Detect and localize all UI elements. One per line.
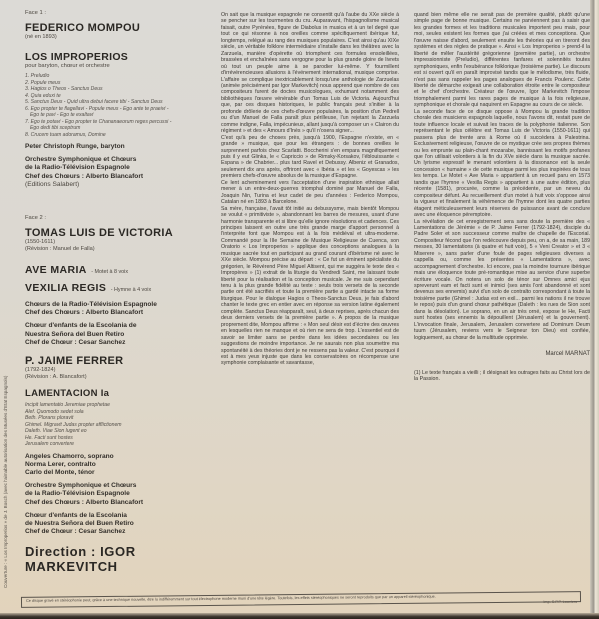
choir-credit-2: Chœur d'enfants de la Escolania de Nuest… (25, 322, 215, 347)
victoria-revision: (Révision : Manuel de Falla) (25, 246, 215, 253)
track-list: 1. Preludio 2. Popule meus 3. Hagios o T… (25, 73, 215, 138)
printer-credit: Imp. S.P.P. Louviers (543, 600, 577, 604)
credit-line: Chef de Chœur : Cesar Sanchez (25, 528, 215, 536)
work-ave-maria: AVE MARIA - Motet à 8 voix (25, 260, 215, 278)
credit-line: Orchestre Symphonique et Chœurs (25, 482, 215, 490)
composer-mompou-dates: (né en 1893) (25, 34, 215, 41)
credit-line: Carlo del Monte, ténor (25, 469, 215, 477)
section-line: Jerusalem convertere (25, 441, 215, 448)
liner-notes-column-2: quand bien même elle ne serait pas de pr… (414, 12, 590, 383)
work-subtitle: pour baryton, chœur et orchestre (25, 63, 215, 69)
credit-line: Chœurs de la Radio-Télévision Espagnole (25, 301, 215, 309)
choir-credit-1: Chœurs de la Radio-Télévision Espagnole … (25, 301, 215, 317)
composer-ferrer: P. JAIME FERRER (25, 355, 215, 367)
credit-line: de Nuestra Señora del Buen Retiro (25, 520, 215, 528)
soloists-credit: Angeles Chamorro, soprano Norma Lerer, c… (25, 453, 215, 478)
face2-label: Face 2 : (25, 215, 215, 221)
credit-line: Chef des Chœurs : Alberto Blancafort (25, 173, 215, 181)
work-lamentacion: LAMENTACION Ia (25, 388, 215, 399)
composer-mompou: FEDERICO MOMPOU (25, 22, 215, 34)
essay-paragraph: La révélation de cet enregistrement sera… (414, 219, 590, 342)
stereo-notice-box: Ce disque gravé en stéréophonie peut, gr… (21, 591, 581, 608)
credit-line: de la Radio-Télévision Espagnole (25, 164, 215, 172)
footnote: (1) Le texte français a vieilli ; il dés… (414, 370, 590, 383)
credit-line: Angeles Chamorro, soprano (25, 453, 215, 461)
liner-notes-column-1: On sait que la musique espagnole ne cons… (221, 12, 399, 367)
credit-line: Chef de Chœur : Cesar Sanchez (25, 339, 215, 347)
work-vexilia-regis: VEXILIA REGIS - Hymne à 4 voix (25, 278, 215, 296)
credit-line: Orchestre Symphonique et Chœurs (25, 156, 215, 164)
essay-paragraph: Sa mère, française, l'avait tôt initié a… (221, 206, 399, 367)
author-signature: Marcel MARNAT (414, 351, 590, 357)
essay-paragraph: Ce lent acheminement vers l'acceptation … (221, 180, 399, 206)
credit-line: Chœur d'enfants de la Escolania (25, 512, 215, 520)
track-item: 8. Crucem tuam adoramus, Domine (25, 132, 215, 139)
composer-victoria: TOMAS LUIS DE VICTORIA (25, 227, 215, 239)
credit-line: Chef des Chœurs : Alberto Blancafort (25, 499, 215, 507)
credit-line: Norma Lerer, contralto (25, 461, 215, 469)
ferrer-revision: (Révision : A. Blancafort) (25, 374, 215, 381)
face1-label: Face 1 : (25, 10, 215, 16)
credit-line: Nuestra Señora del Buen Retiro (25, 331, 215, 339)
orchestra-credit: Orchestre Symphonique et Chœurs de la Ra… (25, 156, 215, 189)
soloist-credit: Peter Christoph Runge, baryton (25, 143, 215, 151)
conductor-credit: Direction : IGOR MARKEVITCH (25, 544, 215, 574)
composer-victoria-dates: (1550-1611) (25, 239, 215, 246)
sleeve-right-edge (590, 0, 599, 619)
cover-credit-vertical: Couverture : « Los Improperios » de J. B… (3, 248, 8, 588)
composer-ferrer-dates: (1792-1824) (25, 367, 215, 374)
publisher-credit: (Editions Salabert) (25, 181, 215, 189)
essay-paragraph: La seconde face de ce disque oppose à Mo… (414, 109, 590, 219)
orchestra-credit-2: Orchestre Symphonique et Chœurs de la Ra… (25, 482, 215, 507)
victoria-works: AVE MARIA - Motet à 8 voix VEXILIA REGIS… (25, 260, 215, 296)
credit-line: Chef des Chœurs : Alberto Blancafort (25, 309, 215, 317)
choir-credit-3: Chœur d'enfants de la Escolania de Nuest… (25, 512, 215, 537)
essay-paragraph: C'est qu'à peu de choses près, jusqu'à 1… (221, 135, 399, 180)
credit-line: de la Radio-Télévision Espagnole (25, 490, 215, 498)
work-title-improperios: LOS IMPROPERIOS (25, 51, 215, 63)
sleeve-bottom-edge (0, 613, 599, 619)
essay-paragraph: quand bien même elle ne serait pas de pr… (414, 12, 590, 109)
credit-line: Chœur d'enfants de la Escolania de (25, 322, 215, 330)
lamentation-sections: Incipit lamentatio Jeremiae prophetae Al… (25, 402, 215, 448)
track-listing-column: Face 1 : FEDERICO MOMPOU (né en 1893) LO… (25, 10, 215, 574)
essay-paragraph: On sait que la musique espagnole ne cons… (221, 12, 399, 135)
